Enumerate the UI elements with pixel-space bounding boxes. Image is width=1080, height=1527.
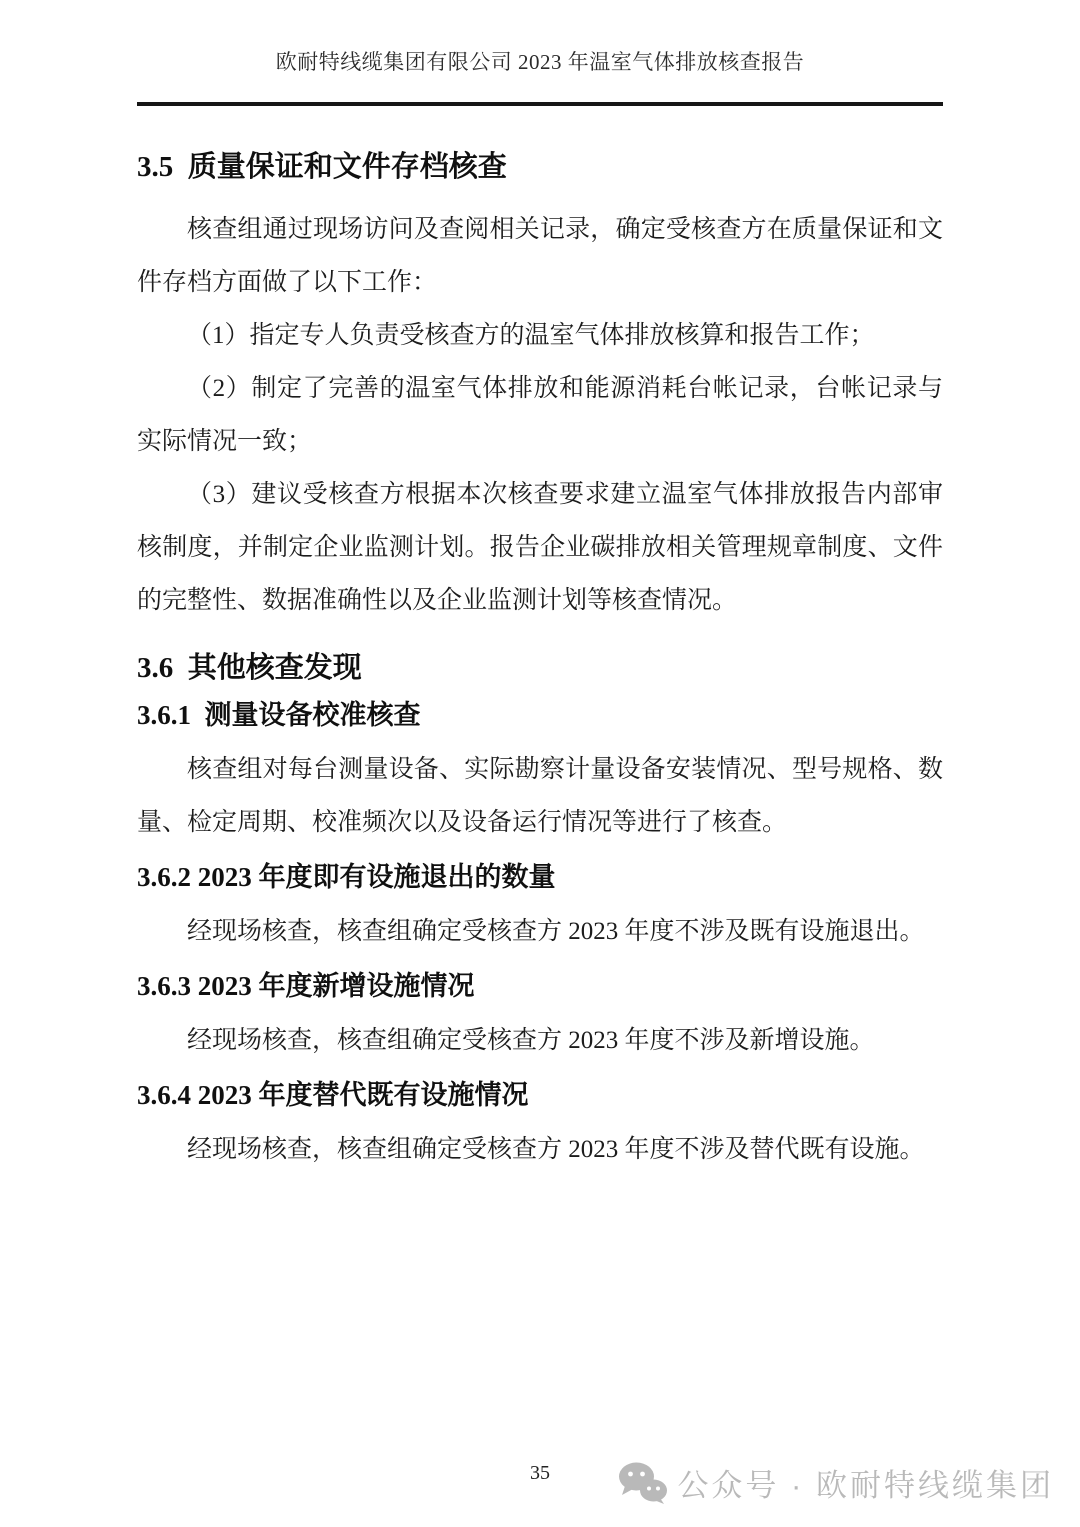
section-heading-3-6-1: 3.6.1 测量设备校准核查	[137, 697, 943, 733]
wechat-icon	[618, 1462, 668, 1504]
document-body: 3.5 质量保证和文件存档核查 核查组通过现场访问及查阅相关记录，确定受核查方在…	[137, 148, 943, 1176]
paragraph-3-6-2: 经现场核查，核查组确定受核查方 2023 年度不涉及既有设施退出。	[137, 905, 943, 958]
paragraph-item-2: （2）制定了完善的温室气体排放和能源消耗台帐记录，台帐记录与实际情况一致；	[137, 362, 943, 468]
section-heading-3-6-3: 3.6.3 2023 年度新增设施情况	[137, 968, 943, 1004]
section-heading-3-6: 3.6 其他核查发现	[137, 649, 943, 687]
page-header: 欧耐特线缆集团有限公司 2023 年温室气体排放核查报告	[137, 0, 943, 106]
section-heading-3-6-4: 3.6.4 2023 年度替代既有设施情况	[137, 1077, 943, 1113]
running-head-title: 欧耐特线缆集团有限公司 2023 年温室气体排放核查报告	[137, 46, 943, 78]
document-page: 欧耐特线缆集团有限公司 2023 年温室气体排放核查报告 3.5 质量保证和文件…	[0, 0, 1080, 1527]
paragraph-3-6-1: 核查组对每台测量设备、实际勘察计量设备安装情况、型号规格、数量、检定周期、校准频…	[137, 743, 943, 849]
paragraph-3-6-3: 经现场核查，核查组确定受核查方 2023 年度不涉及新增设施。	[137, 1014, 943, 1067]
paragraph-item-1: （1）指定专人负责受核查方的温室气体排放核算和报告工作；	[137, 309, 943, 362]
section-heading-3-6-2: 3.6.2 2023 年度即有设施退出的数量	[137, 859, 943, 895]
watermark: 公众号 · 欧耐特线缆集团	[618, 1460, 1054, 1505]
section-heading-3-5: 3.5 质量保证和文件存档核查	[137, 148, 943, 186]
paragraph-item-3: （3）建议受核查方根据本次核查要求建立温室气体排放报告内部审核制度，并制定企业监…	[137, 468, 943, 627]
paragraph-3-6-4: 经现场核查，核查组确定受核查方 2023 年度不涉及替代既有设施。	[137, 1123, 943, 1176]
paragraph-qa-intro: 核查组通过现场访问及查阅相关记录，确定受核查方在质量保证和文件存档方面做了以下工…	[137, 203, 943, 309]
watermark-text: 公众号 · 欧耐特线缆集团	[677, 1460, 1054, 1505]
